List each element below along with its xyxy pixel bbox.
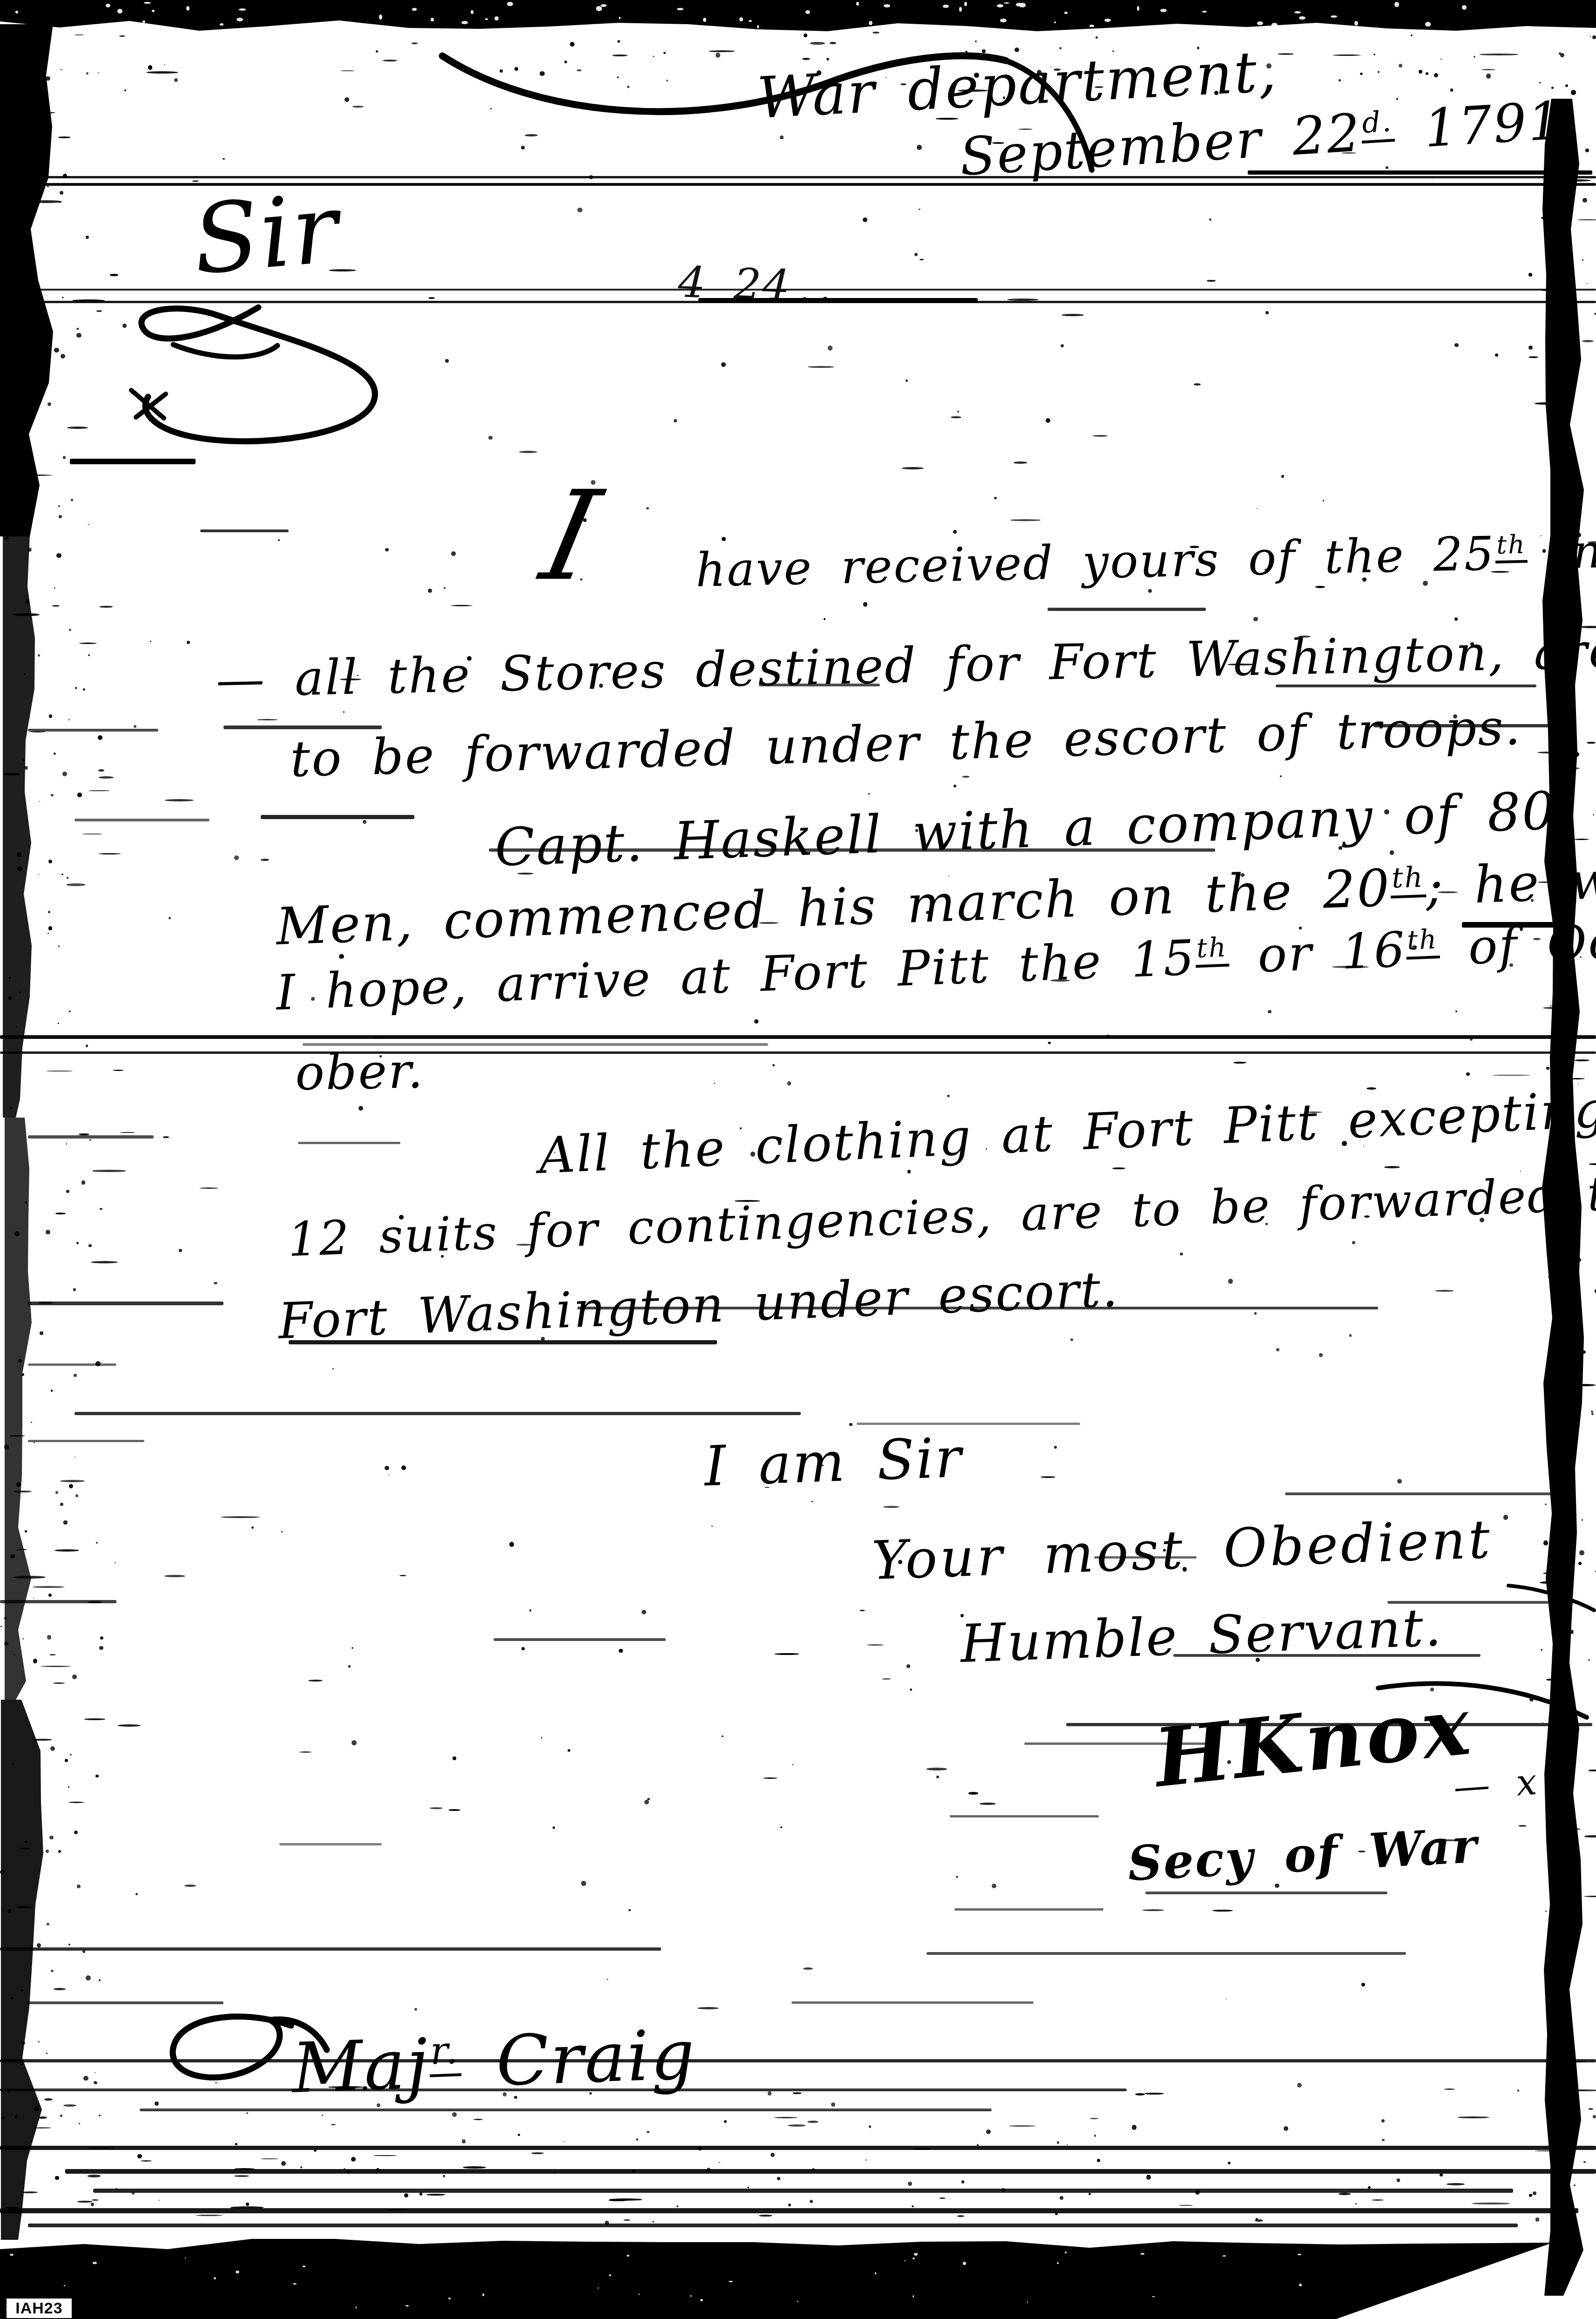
speck xyxy=(1280,775,1282,777)
speck xyxy=(473,2119,483,2120)
speck xyxy=(1432,177,1433,179)
speck xyxy=(95,1775,99,1778)
streak-line xyxy=(28,1135,154,1139)
speck xyxy=(110,274,118,276)
scanned-letter-page: War department, September 22d. 1791. Sir… xyxy=(0,0,1596,2319)
speck xyxy=(729,2281,733,2282)
speck xyxy=(74,1831,78,1834)
speck xyxy=(1528,356,1539,358)
speck xyxy=(46,1230,50,1234)
speck xyxy=(1582,259,1583,261)
speck xyxy=(980,1803,996,1805)
speck xyxy=(21,1373,24,1376)
speck xyxy=(10,1107,12,1109)
speck xyxy=(1253,617,1258,621)
streak-line xyxy=(140,2109,992,2111)
speck xyxy=(771,2153,775,2157)
speck xyxy=(95,2082,97,2084)
speck xyxy=(95,1361,101,1366)
speck xyxy=(451,605,473,606)
speck xyxy=(165,799,194,801)
speck xyxy=(308,1680,323,1682)
speck xyxy=(89,1139,91,1140)
speck xyxy=(912,2205,914,2208)
speck xyxy=(376,2168,379,2171)
speck xyxy=(1315,586,1325,588)
speck xyxy=(1462,5,1467,10)
speck xyxy=(62,772,67,776)
scan-top-border xyxy=(0,0,1596,34)
speck xyxy=(1549,2061,1587,2062)
scan-left-border xyxy=(5,1118,33,1700)
speck xyxy=(1009,2125,1035,2127)
speck xyxy=(1492,1075,1530,1076)
speck xyxy=(1179,2205,1193,2206)
speck xyxy=(234,2175,249,2177)
speck xyxy=(711,1526,713,1527)
streak-line xyxy=(74,819,210,821)
speck xyxy=(1207,280,1216,282)
speck xyxy=(831,2102,835,2107)
speck xyxy=(609,2198,642,2200)
speck xyxy=(341,70,354,72)
speck xyxy=(220,23,223,25)
speck xyxy=(1256,508,1257,509)
speck xyxy=(448,2298,451,2299)
speck xyxy=(1503,1515,1508,1520)
speck xyxy=(739,17,743,21)
speck xyxy=(92,2199,99,2201)
speck xyxy=(34,1442,35,1444)
speck xyxy=(1589,2108,1593,2110)
speck xyxy=(47,1923,49,1926)
speck xyxy=(77,1885,81,1888)
speck xyxy=(82,834,102,835)
speck xyxy=(763,1777,778,1779)
speck xyxy=(1528,346,1533,350)
speck xyxy=(15,234,20,238)
speck xyxy=(1352,1241,1355,1244)
speck xyxy=(1319,1353,1323,1357)
streak-line xyxy=(93,2189,1513,2193)
speck xyxy=(453,1756,456,1760)
streak-line xyxy=(1248,170,1592,175)
speck xyxy=(804,34,807,37)
speck xyxy=(1284,2126,1288,2131)
speck xyxy=(1541,1649,1542,1651)
speck xyxy=(617,40,620,43)
speck xyxy=(1419,70,1422,74)
speck xyxy=(724,2120,727,2123)
speck xyxy=(598,2287,599,2289)
speck xyxy=(1584,1896,1596,1898)
speck xyxy=(39,2116,47,2119)
speck xyxy=(1546,1067,1549,1070)
speck xyxy=(642,1610,646,1614)
speck xyxy=(55,2176,59,2180)
signer-title: Secy of War xyxy=(1127,1822,1480,1888)
speck xyxy=(1223,2255,1226,2257)
speck xyxy=(772,1064,775,1066)
speck xyxy=(519,451,537,453)
speck xyxy=(1455,1010,1457,1012)
speck xyxy=(919,209,920,210)
speck xyxy=(859,1610,865,1611)
speck xyxy=(788,2204,791,2206)
speck xyxy=(1381,2119,1384,2122)
speck xyxy=(612,54,628,56)
speck xyxy=(1533,2191,1536,2195)
speck xyxy=(863,602,867,606)
speck xyxy=(1271,23,1278,27)
speck xyxy=(1323,500,1325,502)
speck xyxy=(521,1647,525,1650)
speck xyxy=(1378,71,1380,73)
speck xyxy=(56,553,61,558)
addressee: Majr. Craig xyxy=(291,2020,697,2103)
speck xyxy=(1148,589,1152,593)
speck xyxy=(910,1688,912,1691)
speck xyxy=(5,537,8,540)
speck xyxy=(1570,1716,1574,1721)
speck xyxy=(17,1549,27,1550)
speck xyxy=(86,236,89,239)
speck xyxy=(61,874,63,875)
speck xyxy=(531,2152,544,2154)
speck xyxy=(1298,2254,1302,2255)
speck xyxy=(463,2166,486,2169)
speck xyxy=(54,753,56,755)
closing-line: I am Sir xyxy=(703,1430,964,1494)
speck xyxy=(803,1967,813,1970)
speck xyxy=(348,1665,351,1668)
speck xyxy=(71,499,73,501)
speck xyxy=(65,1759,68,1762)
salutation: Sir xyxy=(189,181,343,289)
speck xyxy=(99,2115,101,2116)
speck xyxy=(98,735,102,740)
speck xyxy=(540,71,545,76)
speck xyxy=(997,4,1003,7)
speck xyxy=(98,853,121,854)
speck xyxy=(1472,2203,1511,2205)
speck xyxy=(46,2053,47,2054)
speck xyxy=(452,2112,457,2117)
speck xyxy=(184,1885,196,1887)
speck xyxy=(76,1242,79,1244)
speck xyxy=(38,2041,40,2042)
streak-line xyxy=(1285,1492,1564,1495)
speck xyxy=(1276,1348,1280,1352)
speck xyxy=(41,1666,72,1667)
speck xyxy=(55,1213,66,1214)
speck xyxy=(461,21,468,24)
speck xyxy=(653,56,654,57)
speck xyxy=(1558,378,1561,381)
speck xyxy=(54,1988,66,1990)
speck xyxy=(214,2277,216,2280)
speck xyxy=(58,1023,59,1024)
speck xyxy=(0,1870,5,1874)
speck xyxy=(68,1802,84,1803)
speck xyxy=(98,72,99,74)
speck xyxy=(1089,2118,1099,2119)
speck xyxy=(144,2,151,4)
speck xyxy=(32,200,62,203)
speck xyxy=(426,2194,446,2196)
speck xyxy=(430,1807,443,1809)
speck xyxy=(91,2203,95,2206)
speck xyxy=(1055,2212,1058,2215)
speck xyxy=(1588,1770,1596,1771)
speck xyxy=(246,2112,248,2114)
signature: HKnox xyxy=(1151,1685,1476,1798)
streak-line xyxy=(28,729,158,732)
speck xyxy=(1589,1163,1596,1165)
speck xyxy=(1457,2116,1489,2118)
speck xyxy=(749,20,752,22)
speck xyxy=(808,366,835,368)
stray-pen-marks: 4 24 . xyxy=(677,261,834,309)
speck xyxy=(40,366,45,371)
speck xyxy=(1061,344,1064,347)
speck xyxy=(1593,814,1595,816)
speck xyxy=(61,69,62,70)
speck xyxy=(1584,1835,1596,1837)
speck xyxy=(88,524,89,525)
speck xyxy=(60,191,63,195)
speck xyxy=(780,1826,782,1828)
speck xyxy=(332,1368,333,1369)
speck xyxy=(462,2139,466,2143)
speck xyxy=(1543,1540,1548,1545)
speck xyxy=(1394,2,1399,7)
speck xyxy=(1411,34,1413,36)
speck xyxy=(719,2162,720,2163)
speck xyxy=(192,180,199,182)
speck xyxy=(14,1491,31,1492)
speck xyxy=(1518,1825,1527,1827)
speck xyxy=(7,103,21,105)
speck xyxy=(16,1906,33,1908)
speck xyxy=(351,2157,356,2162)
speck xyxy=(774,2117,798,2119)
speck xyxy=(716,53,720,57)
speck xyxy=(68,719,70,720)
speck xyxy=(810,42,825,44)
speck xyxy=(122,324,127,328)
speck xyxy=(431,18,434,21)
speck xyxy=(849,1423,852,1426)
speck xyxy=(281,2161,286,2166)
speck xyxy=(975,41,977,42)
speck xyxy=(1595,1289,1596,1294)
streak-line xyxy=(70,459,196,464)
speck xyxy=(619,17,620,19)
streak-line xyxy=(28,2001,223,2004)
streak-line xyxy=(857,1423,1080,1425)
speck xyxy=(957,411,959,413)
speck xyxy=(1588,1659,1590,1661)
body-line: 12 suits for contingencies, are to be fo… xyxy=(287,1169,1596,1263)
speck xyxy=(200,1187,218,1189)
speck xyxy=(1143,1909,1164,1911)
speck xyxy=(54,348,59,353)
speck xyxy=(88,2175,101,2177)
speck xyxy=(1560,2176,1565,2181)
speck xyxy=(77,793,82,797)
speck xyxy=(92,1170,126,1172)
speck xyxy=(59,515,62,518)
speck xyxy=(1396,98,1399,100)
speck xyxy=(1146,2175,1151,2180)
speck xyxy=(1528,273,1532,277)
speck xyxy=(221,1516,259,1518)
speck xyxy=(1450,88,1454,92)
salutation-cross-stroke xyxy=(131,390,166,418)
body-line: to be forwarded under the escort of troo… xyxy=(290,703,1522,784)
speck xyxy=(9,1435,25,1437)
speck xyxy=(947,1095,949,1097)
speck xyxy=(1202,11,1207,13)
speck xyxy=(88,790,109,792)
speck xyxy=(1540,1581,1553,1584)
speck xyxy=(60,2115,62,2117)
speck xyxy=(1553,488,1555,491)
speck xyxy=(810,2200,813,2203)
speck xyxy=(83,688,85,691)
speck xyxy=(792,2092,802,2094)
speck xyxy=(1549,604,1570,607)
speck xyxy=(759,2215,773,2217)
speck xyxy=(118,1724,141,1727)
speck xyxy=(70,1754,72,1756)
speck xyxy=(88,654,90,657)
speck xyxy=(824,618,826,620)
speck xyxy=(1057,2141,1060,2144)
speck xyxy=(521,146,525,149)
speck xyxy=(902,467,924,469)
speck xyxy=(76,333,81,338)
speck xyxy=(1010,519,1041,521)
speck xyxy=(4,1444,9,1449)
speck xyxy=(1064,12,1068,14)
speck xyxy=(1366,1087,1377,1090)
speck xyxy=(525,134,537,136)
speck xyxy=(74,1457,75,1458)
speck xyxy=(47,933,49,934)
speck xyxy=(1541,217,1550,219)
speck xyxy=(119,35,125,37)
speck xyxy=(120,1132,135,1133)
speck xyxy=(62,297,64,298)
speck xyxy=(63,1520,67,1524)
speck xyxy=(33,1586,64,1588)
speck xyxy=(72,299,105,302)
speck xyxy=(986,2129,991,2134)
speck xyxy=(1426,72,1428,75)
speck xyxy=(554,2172,555,2174)
speck xyxy=(146,71,178,74)
speck xyxy=(868,793,870,795)
speck xyxy=(863,217,867,222)
speck xyxy=(1575,1384,1596,1386)
speck xyxy=(647,2131,649,2134)
speck xyxy=(77,2201,92,2203)
speck xyxy=(956,1876,958,1878)
speck xyxy=(1160,9,1167,12)
speck xyxy=(1486,74,1491,79)
speck xyxy=(17,867,22,872)
speck xyxy=(1339,79,1341,81)
speck xyxy=(805,10,810,14)
speck xyxy=(428,297,434,299)
streak-line xyxy=(0,2059,1596,2062)
speck xyxy=(443,2175,445,2177)
speck xyxy=(1041,1476,1055,1478)
speck xyxy=(63,2104,76,2107)
speck xyxy=(1089,2193,1091,2195)
speck xyxy=(88,1244,92,1248)
speck xyxy=(564,61,567,63)
speck xyxy=(1067,2144,1068,2145)
speck xyxy=(1225,1999,1227,2000)
speck xyxy=(261,2158,278,2160)
speck xyxy=(137,2154,142,2158)
speck xyxy=(1257,21,1263,26)
speck xyxy=(1481,69,1495,70)
speck xyxy=(780,136,784,139)
streak-line xyxy=(28,1440,144,1442)
speck xyxy=(322,2115,323,2116)
speck xyxy=(261,859,269,861)
speck xyxy=(1094,2135,1096,2137)
speck xyxy=(652,2221,654,2223)
speck xyxy=(714,1083,715,1084)
speck xyxy=(38,654,40,657)
speck xyxy=(1583,2161,1585,2163)
speck xyxy=(1268,1010,1271,1014)
speck xyxy=(1574,2184,1576,2186)
speck xyxy=(1561,459,1563,462)
speck xyxy=(69,629,71,631)
speck xyxy=(47,402,51,406)
speck xyxy=(1535,402,1557,405)
streak-line xyxy=(0,1947,661,1951)
speck xyxy=(339,954,344,959)
speck xyxy=(26,599,28,602)
speck xyxy=(73,1288,76,1291)
speck xyxy=(926,1768,947,1770)
speck xyxy=(982,49,986,53)
speck xyxy=(1019,3,1025,7)
speck xyxy=(234,2168,255,2170)
speck xyxy=(514,67,518,71)
speck xyxy=(961,2180,964,2183)
speck xyxy=(697,2007,719,2009)
body-line: All the clothing at Fort Pitt excepting xyxy=(538,1085,1596,1181)
speck xyxy=(1299,16,1305,20)
speck xyxy=(314,2149,317,2152)
speck xyxy=(44,2098,53,2101)
speck xyxy=(962,776,969,777)
speck xyxy=(1587,742,1596,744)
speck xyxy=(281,1531,283,1532)
speck xyxy=(19,991,20,993)
speck xyxy=(1545,1391,1549,1396)
speck xyxy=(132,2192,135,2195)
speck xyxy=(358,1106,363,1111)
